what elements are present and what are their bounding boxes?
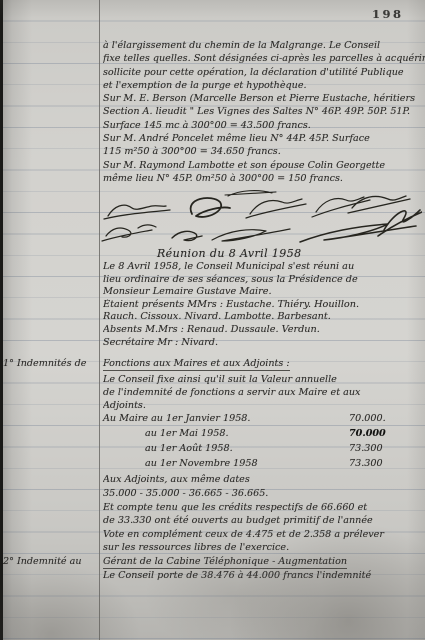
row-amount: 70.000.	[349, 413, 403, 424]
signatures-block	[100, 186, 422, 250]
text-line: Sur M. André Poncelet même lieu N° 44P. …	[103, 132, 425, 145]
signature	[300, 224, 416, 242]
table-row: au 1er Mai 1958. 70.000	[103, 428, 403, 443]
signature	[191, 198, 230, 217]
table-row: au 1er Novembre 1958 73.300	[103, 458, 403, 473]
text-line: 115 m²50 à 300°00 = 34.650 francs.	[103, 145, 425, 158]
text-line: Rauch. Cissoux. Nivard. Lambotte. Barbes…	[103, 311, 425, 324]
row-amount: 73.300	[349, 458, 403, 469]
paragraph-road-widening: à l'élargissement du chemin de la Malgra…	[103, 39, 425, 185]
text-line: sur les ressources libres de l'exercice.	[103, 541, 425, 554]
adjoints-lines: Aux Adjoints, aux même dates 35.000 - 35…	[103, 473, 425, 501]
row-label: Au Maire au 1er Janvier 1958.	[103, 413, 349, 424]
text-line: à l'élargissement du chemin de la Malgra…	[103, 39, 425, 52]
text-line: Adjoints.	[103, 399, 425, 412]
section1-closing: Et compte tenu que les crédits respectif…	[103, 501, 425, 554]
text-line: 35.000 - 35.000 - 36.665 - 36.665.	[103, 487, 425, 501]
text-line: et l'exemption de la purge et hypothèque…	[103, 79, 425, 92]
section2-title: Gérant de la Cabine Téléphonique - Augme…	[103, 556, 347, 569]
meeting-heading: Réunion du 8 Avril 1958	[157, 247, 302, 260]
section2-heading: 2° Indemnité auGérant de la Cabine Télép…	[3, 556, 424, 569]
row-label: au 1er Novembre 1958	[103, 458, 349, 469]
table-row: au 1er Août 1958. 73.300	[103, 443, 403, 458]
page-number: 198	[372, 7, 404, 21]
text-line: Monsieur Lemaire Gustave Maire.	[103, 286, 425, 299]
signature	[246, 199, 306, 218]
text-line: Sur M. Raymond Lambotte et son épouse Co…	[103, 159, 425, 172]
section1-margin-label: 1° Indemnités de	[3, 358, 103, 369]
text-line: Vote en complément ceux de 4.475 et de 2…	[103, 528, 425, 541]
text-line: Et compte tenu que les crédits respectif…	[103, 501, 425, 514]
meeting-paragraph: Le 8 Avril 1958, le Conseil Municipal s'…	[103, 261, 425, 349]
text-line: fixe telles quelles. Sont désignées ci-a…	[103, 52, 425, 65]
text-line: Aux Adjoints, aux même dates	[103, 473, 425, 487]
row-label: au 1er Août 1958.	[103, 443, 349, 454]
section1-title: Fonctions aux Maires et aux Adjoints :	[103, 358, 290, 371]
text-line: de 33.330 ont été ouverts au budget prim…	[103, 514, 425, 527]
signature	[378, 210, 422, 236]
section2-body: Le Conseil porte de 38.476 à 44.000 fran…	[103, 570, 425, 581]
text-line: même lieu N° 45P. 0m²50 à 300°00 = 150 f…	[103, 172, 425, 185]
ledger-page: 198 à l'élargissement du chemin de la Ma…	[0, 0, 425, 640]
text-line: Section A. lieudit " Les Vignes des Salt…	[103, 105, 425, 118]
text-line: Sur M. E. Berson (Marcelle Berson et Pie…	[103, 92, 425, 105]
signature	[102, 225, 156, 241]
margin-rule-line	[99, 0, 100, 640]
text-line: Absents M.Mrs : Renaud. Dussaule. Verdun…	[103, 324, 425, 337]
text-line: de l'indemnité de fonctions a servir aux…	[103, 386, 425, 399]
section1-intro: Le Conseil fixe ainsi qu'il suit la Vale…	[103, 373, 425, 413]
row-label: au 1er Mai 1958.	[103, 428, 349, 439]
section2-margin-label: 2° Indemnité au	[3, 556, 103, 567]
text-line: Étaient présents MMrs : Eustache. Thiéry…	[103, 299, 425, 312]
text-line: Le 8 Avril 1958, le Conseil Municipal s'…	[103, 261, 425, 274]
indemnity-table: Au Maire au 1er Janvier 1958. 70.000. au…	[103, 413, 403, 473]
table-row: Au Maire au 1er Janvier 1958. 70.000.	[103, 413, 403, 428]
text-line: sollicite pour cette opération, la décla…	[103, 66, 425, 79]
row-amount: 70.000	[349, 428, 403, 439]
signature-struck-word	[225, 191, 276, 196]
text-line: Le Conseil porte de 38.476 à 44.000 fran…	[103, 570, 425, 581]
signature	[104, 205, 170, 219]
text-line: Surface 145 mc à 300°00 = 43.500 francs.	[103, 119, 425, 132]
row-amount: 73.300	[349, 443, 403, 454]
signature	[172, 231, 202, 240]
section1-heading: 1° Indemnités deFonctions aux Maires et …	[3, 358, 424, 371]
signature	[348, 196, 410, 213]
text-line: lieu ordinaire de ses séances, sous la P…	[103, 274, 425, 287]
scan-edge	[0, 0, 3, 640]
text-line: Secrétaire Mr : Nivard.	[103, 337, 425, 350]
signature	[212, 229, 290, 241]
text-line: Le Conseil fixe ainsi qu'il suit la Vale…	[103, 373, 425, 386]
